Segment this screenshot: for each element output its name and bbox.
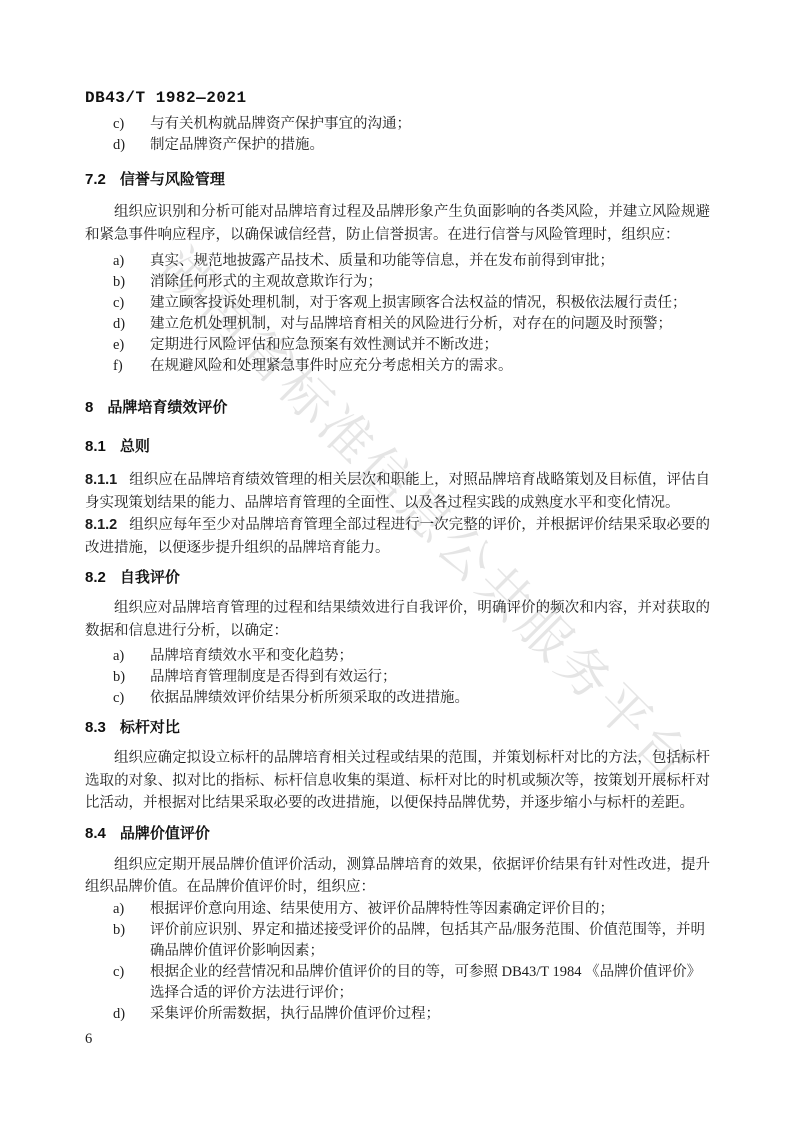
list-item-label: d): [113, 1004, 150, 1025]
list-item-label: b): [113, 920, 150, 941]
section-heading-8: 8品牌培育绩效评价: [85, 397, 710, 419]
list-item-text: 依据品牌绩效评价结果分析所须采取的改进措施。: [150, 688, 710, 709]
section-number: 7.2: [85, 171, 106, 188]
section-heading-8-4: 8.4品牌价值评价: [85, 823, 710, 845]
list-item: b) 品牌培育管理制度是否得到有效运行；: [85, 667, 710, 688]
section-title: 品牌培育绩效评价: [107, 399, 227, 416]
clause-8-1-2: 8.1.2组织应每年至少对品牌培育管理全部过程进行一次完整的评价，并根据评价结果…: [85, 514, 710, 559]
section-8-2-list: a) 品牌培育绩效水平和变化趋势； b) 品牌培育管理制度是否得到有效运行； c…: [85, 646, 710, 709]
section-title: 标杆对比: [120, 719, 180, 736]
section-7-2-intro: 组织应识别和分析可能对品牌培育过程及品牌形象产生负面影响的各类风险，并建立风险规…: [85, 201, 710, 246]
list-item: c) 依据品牌绩效评价结果分析所须采取的改进措施。: [85, 688, 710, 709]
list-item-label: d): [113, 135, 150, 156]
list-item-label: b): [113, 667, 150, 688]
list-item-text: 与有关机构就品牌资产保护事宜的沟通；: [150, 114, 710, 135]
list-item-label: b): [113, 272, 150, 293]
section-title: 信誉与风险管理: [120, 171, 225, 188]
clause-text: 组织应每年至少对品牌培育管理全部过程进行一次完整的评价，并根据评价结果采取必要的…: [85, 517, 710, 556]
list-item-text: 在规避风险和处理紧急事件时应充分考虑相关方的需求。: [150, 356, 710, 377]
list-item-label: c): [113, 293, 150, 314]
list-item-text: 根据企业的经营情况和品牌价值评价的目的等，可参照 DB43/T 1984 《品牌…: [150, 962, 710, 1004]
list-item: c) 建立顾客投诉处理机制，对于客观上损害顾客合法权益的情况，积极依法履行责任；: [85, 293, 710, 314]
list-item-label: e): [113, 335, 150, 356]
list-item-label: a): [113, 646, 150, 667]
list-item: a) 真实、规范地披露产品技术、质量和功能等信息，并在发布前得到审批；: [85, 251, 710, 272]
list-item: c) 与有关机构就品牌资产保护事宜的沟通；: [85, 114, 710, 135]
list-item-text: 根据评价意向用途、结果使用方、被评价品牌特性等因素确定评价目的；: [150, 899, 710, 920]
section-title: 品牌价值评价: [120, 825, 210, 842]
section-8-4-list: a) 根据评价意向用途、结果使用方、被评价品牌特性等因素确定评价目的； b) 评…: [85, 899, 710, 1025]
section-8-4-intro: 组织应定期开展品牌价值评价活动，测算品牌培育的效果，依据评价结果有针对性改进，提…: [85, 854, 710, 899]
list-item-label: c): [113, 688, 150, 709]
list-item: b) 消除任何形式的主观故意欺诈行为；: [85, 272, 710, 293]
section-heading-8-1: 8.1总则: [85, 436, 710, 458]
list-item-text: 采集评价所需数据，执行品牌价值评价过程；: [150, 1004, 710, 1025]
list-item-label: a): [113, 899, 150, 920]
list-item-text: 品牌培育管理制度是否得到有效运行；: [150, 667, 710, 688]
list-item-label: f): [113, 356, 150, 377]
clause-text: 组织应在品牌培育绩效管理的相关层次和职能上，对照品牌培育战略策划及目标值，评估自…: [85, 472, 710, 511]
standard-code-header: DB43/T 1982—2021: [85, 88, 710, 108]
list-item-text: 制定品牌资产保护的措施。: [150, 135, 710, 156]
section-heading-8-3: 8.3标杆对比: [85, 717, 710, 739]
page-number: 6: [85, 1029, 710, 1050]
section-title: 总则: [120, 438, 150, 455]
section-number: 8.1: [85, 438, 106, 455]
list-item: e) 定期进行风险评估和应急预案有效性测试并不断改进；: [85, 335, 710, 356]
list-item-text: 建立顾客投诉处理机制，对于客观上损害顾客合法权益的情况，积极依法履行责任；: [150, 293, 710, 314]
list-item: c) 根据企业的经营情况和品牌价值评价的目的等，可参照 DB43/T 1984 …: [85, 962, 710, 1004]
clause-number: 8.1.1: [85, 472, 117, 488]
list-item: d) 制定品牌资产保护的措施。: [85, 135, 710, 156]
list-item-label: c): [113, 114, 150, 135]
list-item: d) 建立危机处理机制，对与品牌培育相关的风险进行分析，对存在的问题及时预警；: [85, 314, 710, 335]
clause-8-1-1: 8.1.1组织应在品牌培育绩效管理的相关层次和职能上，对照品牌培育战略策划及目标…: [85, 469, 710, 514]
section-8-3-intro: 组织应确定拟设立标杆的品牌培育相关过程或结果的范围，并策划标杆对比的方法，包括标…: [85, 747, 710, 815]
page-content: DB43/T 1982—2021 c) 与有关机构就品牌资产保护事宜的沟通； d…: [0, 0, 793, 1050]
section-number: 8.4: [85, 825, 106, 842]
list-item-text: 定期进行风险评估和应急预案有效性测试并不断改进；: [150, 335, 710, 356]
list-item: d) 采集评价所需数据，执行品牌价值评价过程；: [85, 1004, 710, 1025]
clause-number: 8.1.2: [85, 517, 117, 533]
list-item-text: 评价前应识别、界定和描述接受评价的品牌，包括其产品/服务范围、价值范围等，并明确…: [150, 920, 710, 962]
list-item-label: c): [113, 962, 150, 983]
carryover-list: c) 与有关机构就品牌资产保护事宜的沟通； d) 制定品牌资产保护的措施。: [85, 114, 710, 156]
list-item-text: 建立危机处理机制，对与品牌培育相关的风险进行分析，对存在的问题及时预警；: [150, 314, 710, 335]
section-7-2-list: a) 真实、规范地披露产品技术、质量和功能等信息，并在发布前得到审批； b) 消…: [85, 251, 710, 377]
section-heading-7-2: 7.2信誉与风险管理: [85, 169, 710, 191]
list-item: a) 根据评价意向用途、结果使用方、被评价品牌特性等因素确定评价目的；: [85, 899, 710, 920]
list-item-text: 消除任何形式的主观故意欺诈行为；: [150, 272, 710, 293]
list-item: f) 在规避风险和处理紧急事件时应充分考虑相关方的需求。: [85, 356, 710, 377]
document-page: 湖南省标准信息公共服务平台 DB43/T 1982—2021 c) 与有关机构就…: [0, 0, 793, 1122]
list-item: a) 品牌培育绩效水平和变化趋势；: [85, 646, 710, 667]
section-8-2-intro: 组织应对品牌培育管理的过程和结果绩效进行自我评价，明确评价的频次和内容，并对获取…: [85, 597, 710, 642]
section-heading-8-2: 8.2自我评价: [85, 567, 710, 589]
list-item-text: 真实、规范地披露产品技术、质量和功能等信息，并在发布前得到审批；: [150, 251, 710, 272]
list-item-label: a): [113, 251, 150, 272]
section-number: 8: [85, 399, 93, 416]
section-number: 8.2: [85, 569, 106, 586]
list-item: b) 评价前应识别、界定和描述接受评价的品牌，包括其产品/服务范围、价值范围等，…: [85, 920, 710, 962]
list-item-label: d): [113, 314, 150, 335]
list-item-text: 品牌培育绩效水平和变化趋势；: [150, 646, 710, 667]
section-title: 自我评价: [120, 569, 180, 586]
section-number: 8.3: [85, 719, 106, 736]
